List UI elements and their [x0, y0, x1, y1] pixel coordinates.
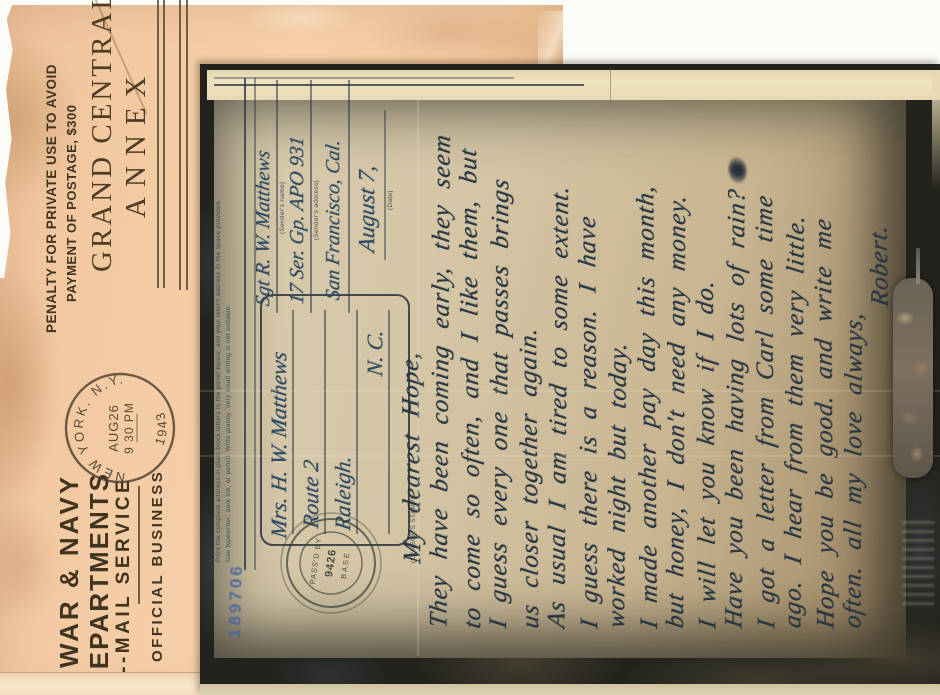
sender-date: August 7, [354, 163, 380, 254]
address-panel-rule [324, 310, 326, 534]
dept-line-official-business: OFFICIAL BUSINESS [149, 470, 166, 662]
film-line [200, 455, 940, 457]
postmark-time: 9 30 PM [122, 402, 136, 454]
letter-line: ago. I hear from them very little. [779, 213, 811, 630]
dept-line-war-navy: WAR & NAVY [54, 474, 85, 668]
envelope-rule [157, 0, 159, 288]
dept-line-vmail-service: V--MAIL SERVICE [113, 477, 135, 688]
postmark-year: 1943 [152, 409, 170, 447]
sender-rule [348, 80, 350, 313]
censor-stamp: PASS'D BY 9426 BASE [269, 501, 393, 625]
envelope-fold [538, 11, 563, 69]
penalty-line-2: PAYMENT OF POSTAGE, $300 [64, 105, 79, 302]
envelope-rule [163, 0, 165, 288]
vmail-form-rotated: Print the complete address in plain bloc… [214, 75, 906, 658]
form-instructions-line1: Print the complete address in plain bloc… [215, 199, 222, 562]
letter-line-text: Have you been having lots of rain? [720, 187, 750, 630]
sender-address: 17 Ser. Gp. APO 931 [286, 135, 309, 306]
form-border-right [214, 84, 584, 86]
station-name-line-1: GRAND CENTRAL [86, 0, 119, 272]
censor-label: BASE [339, 551, 352, 580]
serial-number-stamp: 189706 [225, 563, 247, 638]
photo-embossing [902, 520, 934, 605]
envelope-rule [186, 0, 188, 290]
station-name-line-2: ANNEX [120, 67, 153, 219]
postmark-stamp: NEW YORK. N.Y. AUG26 9 30 PM 1943 [58, 366, 182, 490]
letter-line: As usual I am tired to some extent. [543, 183, 575, 629]
envelope-bottom-edge [0, 672, 202, 695]
photo-margin-right [932, 70, 940, 190]
letter-line: often. all my love always, [839, 310, 869, 630]
form-rule [244, 78, 246, 570]
address-line-4: N. C. [362, 328, 388, 378]
letter-line: I guess every one that passes brings [485, 176, 515, 629]
sender-city: San Francisco, Cal. [322, 138, 345, 301]
letter-line: I guess there is a reason. I have [574, 214, 604, 630]
censor-ring-text: PASS'D BY [308, 537, 324, 585]
address-panel-rule [292, 310, 294, 534]
letter-signature: Robert. [865, 222, 894, 308]
postmark-date: AUG26 [106, 404, 121, 452]
address-panel-rule [388, 310, 390, 534]
letter-line: worked night but today. [603, 340, 633, 630]
letter-line: Have you been having lots of rain? [720, 155, 751, 630]
letter-line: to come so often, and I like them, but [455, 146, 487, 630]
sender-name: Sgt R. W. Matthews [252, 149, 275, 308]
sender-name-caption: (Sender's name) [279, 182, 286, 234]
film-line [200, 390, 940, 392]
photo-margin-bottom [200, 684, 940, 695]
svg-text:1943: 1943 [152, 409, 170, 447]
censor-number: 9426 [323, 548, 339, 578]
letter-line: us closer together again. [515, 325, 545, 630]
metal-clip [893, 278, 933, 478]
sender-rule [384, 110, 386, 260]
form-instructions-line2: Use typewriter, dark ink, or pencil. Wri… [225, 304, 232, 562]
dept-line-departments: DEPARTMENTS [84, 472, 115, 690]
address-panel-rule [356, 310, 358, 534]
letter-line: I got a letter from Carl some time [751, 193, 781, 630]
form-border-right [214, 77, 514, 79]
letter-line: but honey, I don't need any money. [662, 193, 692, 630]
metal-clip-pin [916, 248, 920, 284]
penalty-line-1: PENALTY FOR PRIVATE USE TO AVOID [44, 64, 59, 333]
photo-crease [417, 100, 419, 656]
letter-line: Hope you be good. and write me [810, 216, 841, 630]
ink-blot [728, 156, 746, 185]
sender-address-caption: (Sender's address) [313, 180, 320, 240]
letter-line: I made another pay day this month, [632, 183, 664, 630]
scanned-vmail-document: { "envelope": { "penalty_line1": "PENALT… [0, 0, 940, 695]
sender-rule [310, 80, 312, 313]
sender-rule [276, 80, 278, 313]
envelope-rule [179, 0, 181, 290]
letter-line: They have been coming early, they seem [425, 132, 456, 630]
envelope-rule [138, 486, 140, 604]
letter-line: My dearest Hope, [397, 350, 427, 565]
sender-date-caption: (Date) [387, 190, 394, 210]
